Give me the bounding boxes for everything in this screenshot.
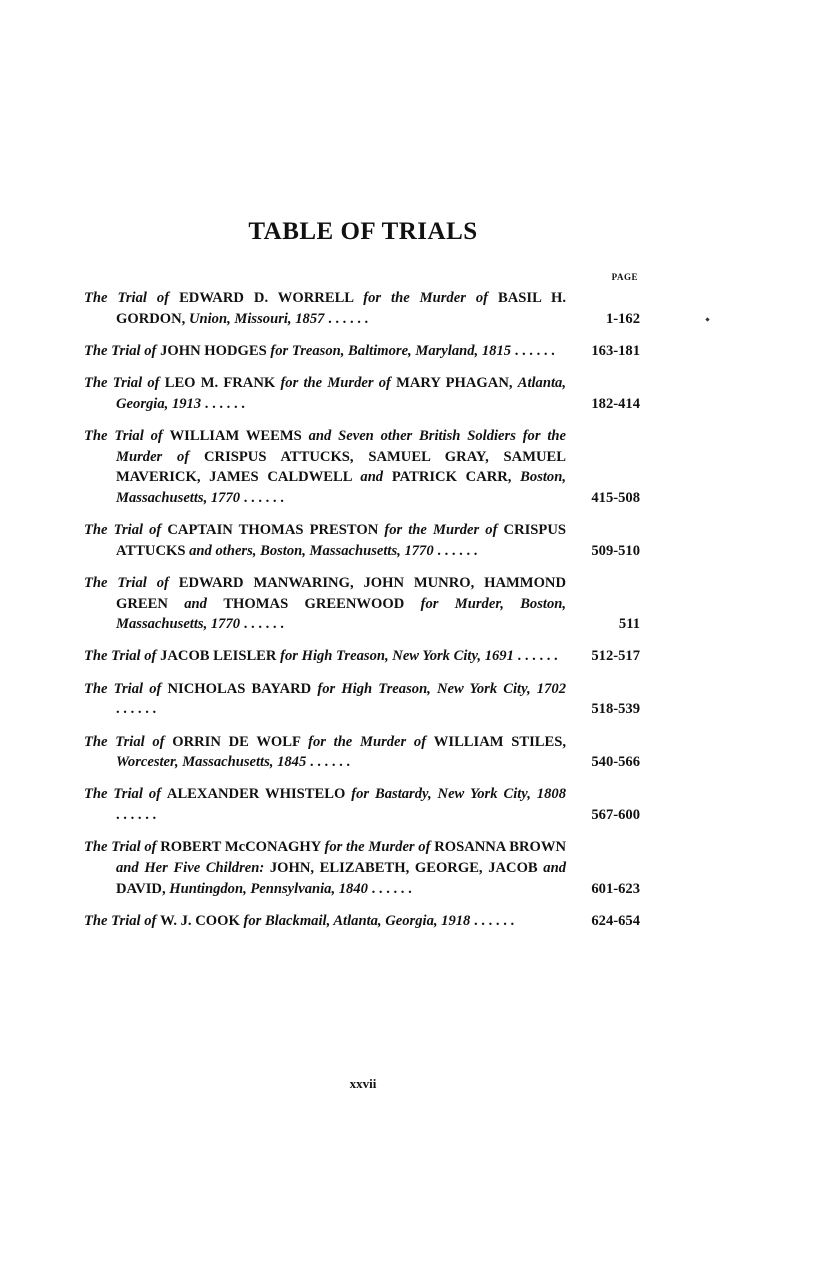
trial-entry: The Trial of ROBERT McCONAGHY for the Mu…	[84, 837, 640, 899]
trials-list: The Trial of EDWARD D. WORRELL for the M…	[84, 288, 640, 943]
leader-dots: . . . . . .	[470, 913, 514, 929]
page-title: TABLE OF TRIALS	[0, 218, 726, 246]
leader-dots: . . . . . .	[514, 648, 558, 664]
trial-entry: The Trial of EDWARD MANWARING, JOHN MUNR…	[84, 573, 640, 635]
page-range: 509-510	[591, 541, 640, 562]
leader-dots: . . . . . .	[434, 543, 478, 559]
trial-description: The Trial of JACOB LEISLER for High Trea…	[84, 646, 566, 667]
leader-dots: . . . . . .	[306, 754, 350, 770]
page-range: 415-508	[591, 488, 640, 509]
leader-dots: . . . . . .	[201, 396, 245, 412]
trial-entry: The Trial of JOHN HODGES for Treason, Ba…	[84, 341, 640, 362]
trial-entry: The Trial of NICHOLAS BAYARD for High Tr…	[84, 679, 640, 720]
trial-description: The Trial of W. J. COOK for Blackmail, A…	[84, 911, 566, 932]
page-range: 182-414	[591, 394, 640, 415]
trial-entry: The Trial of CAPTAIN THOMAS PRESTON for …	[84, 520, 640, 561]
page-range: 540-566	[591, 752, 640, 773]
trial-entry: The Trial of ORRIN DE WOLF for the Murde…	[84, 732, 640, 773]
page-column-header: PAGE	[596, 272, 638, 282]
page-range: 512-517	[591, 646, 640, 667]
trial-entry: The Trial of ALEXANDER WHISTELO for Bast…	[84, 784, 640, 825]
page-range: 518-539	[591, 699, 640, 720]
page-range: 1-162	[606, 309, 640, 330]
trial-description: The Trial of NICHOLAS BAYARD for High Tr…	[84, 679, 566, 720]
page-range: 163-181	[591, 341, 640, 362]
trial-description: The Trial of EDWARD MANWARING, JOHN MUNR…	[84, 573, 566, 635]
page-number: xxvii	[0, 1076, 726, 1092]
trial-description: The Trial of LEO M. FRANK for the Murder…	[84, 373, 566, 414]
trial-entry: The Trial of LEO M. FRANK for the Murder…	[84, 373, 640, 414]
page-range: 601-623	[591, 879, 640, 900]
leader-dots: . . . . . .	[116, 701, 156, 717]
page-range: 624-654	[591, 911, 640, 932]
leader-dots: . . . . . .	[368, 881, 412, 897]
leader-dots: . . . . . .	[324, 311, 368, 327]
trial-description: The Trial of JOHN HODGES for Treason, Ba…	[84, 341, 566, 362]
leader-dots: . . . . . .	[116, 807, 156, 823]
trial-description: The Trial of ALEXANDER WHISTELO for Bast…	[84, 784, 566, 825]
trial-description: The Trial of EDWARD D. WORRELL for the M…	[84, 288, 566, 329]
trial-description: The Trial of WILLIAM WEEMS and Seven oth…	[84, 426, 566, 508]
trial-entry: The Trial of JACOB LEISLER for High Trea…	[84, 646, 640, 667]
scan-speck	[705, 317, 709, 321]
leader-dots: . . . . . .	[240, 616, 284, 632]
trial-description: The Trial of CAPTAIN THOMAS PRESTON for …	[84, 520, 566, 561]
trial-entry: The Trial of W. J. COOK for Blackmail, A…	[84, 911, 640, 932]
page-range: 567-600	[591, 805, 640, 826]
leader-dots: . . . . . .	[240, 490, 284, 506]
trial-description: The Trial of ORRIN DE WOLF for the Murde…	[84, 732, 566, 773]
trial-description: The Trial of ROBERT McCONAGHY for the Mu…	[84, 837, 566, 899]
trial-entry: The Trial of WILLIAM WEEMS and Seven oth…	[84, 426, 640, 508]
leader-dots: . . . . . .	[511, 343, 555, 359]
page-range: 511	[619, 614, 640, 635]
trial-entry: The Trial of EDWARD D. WORRELL for the M…	[84, 288, 640, 329]
